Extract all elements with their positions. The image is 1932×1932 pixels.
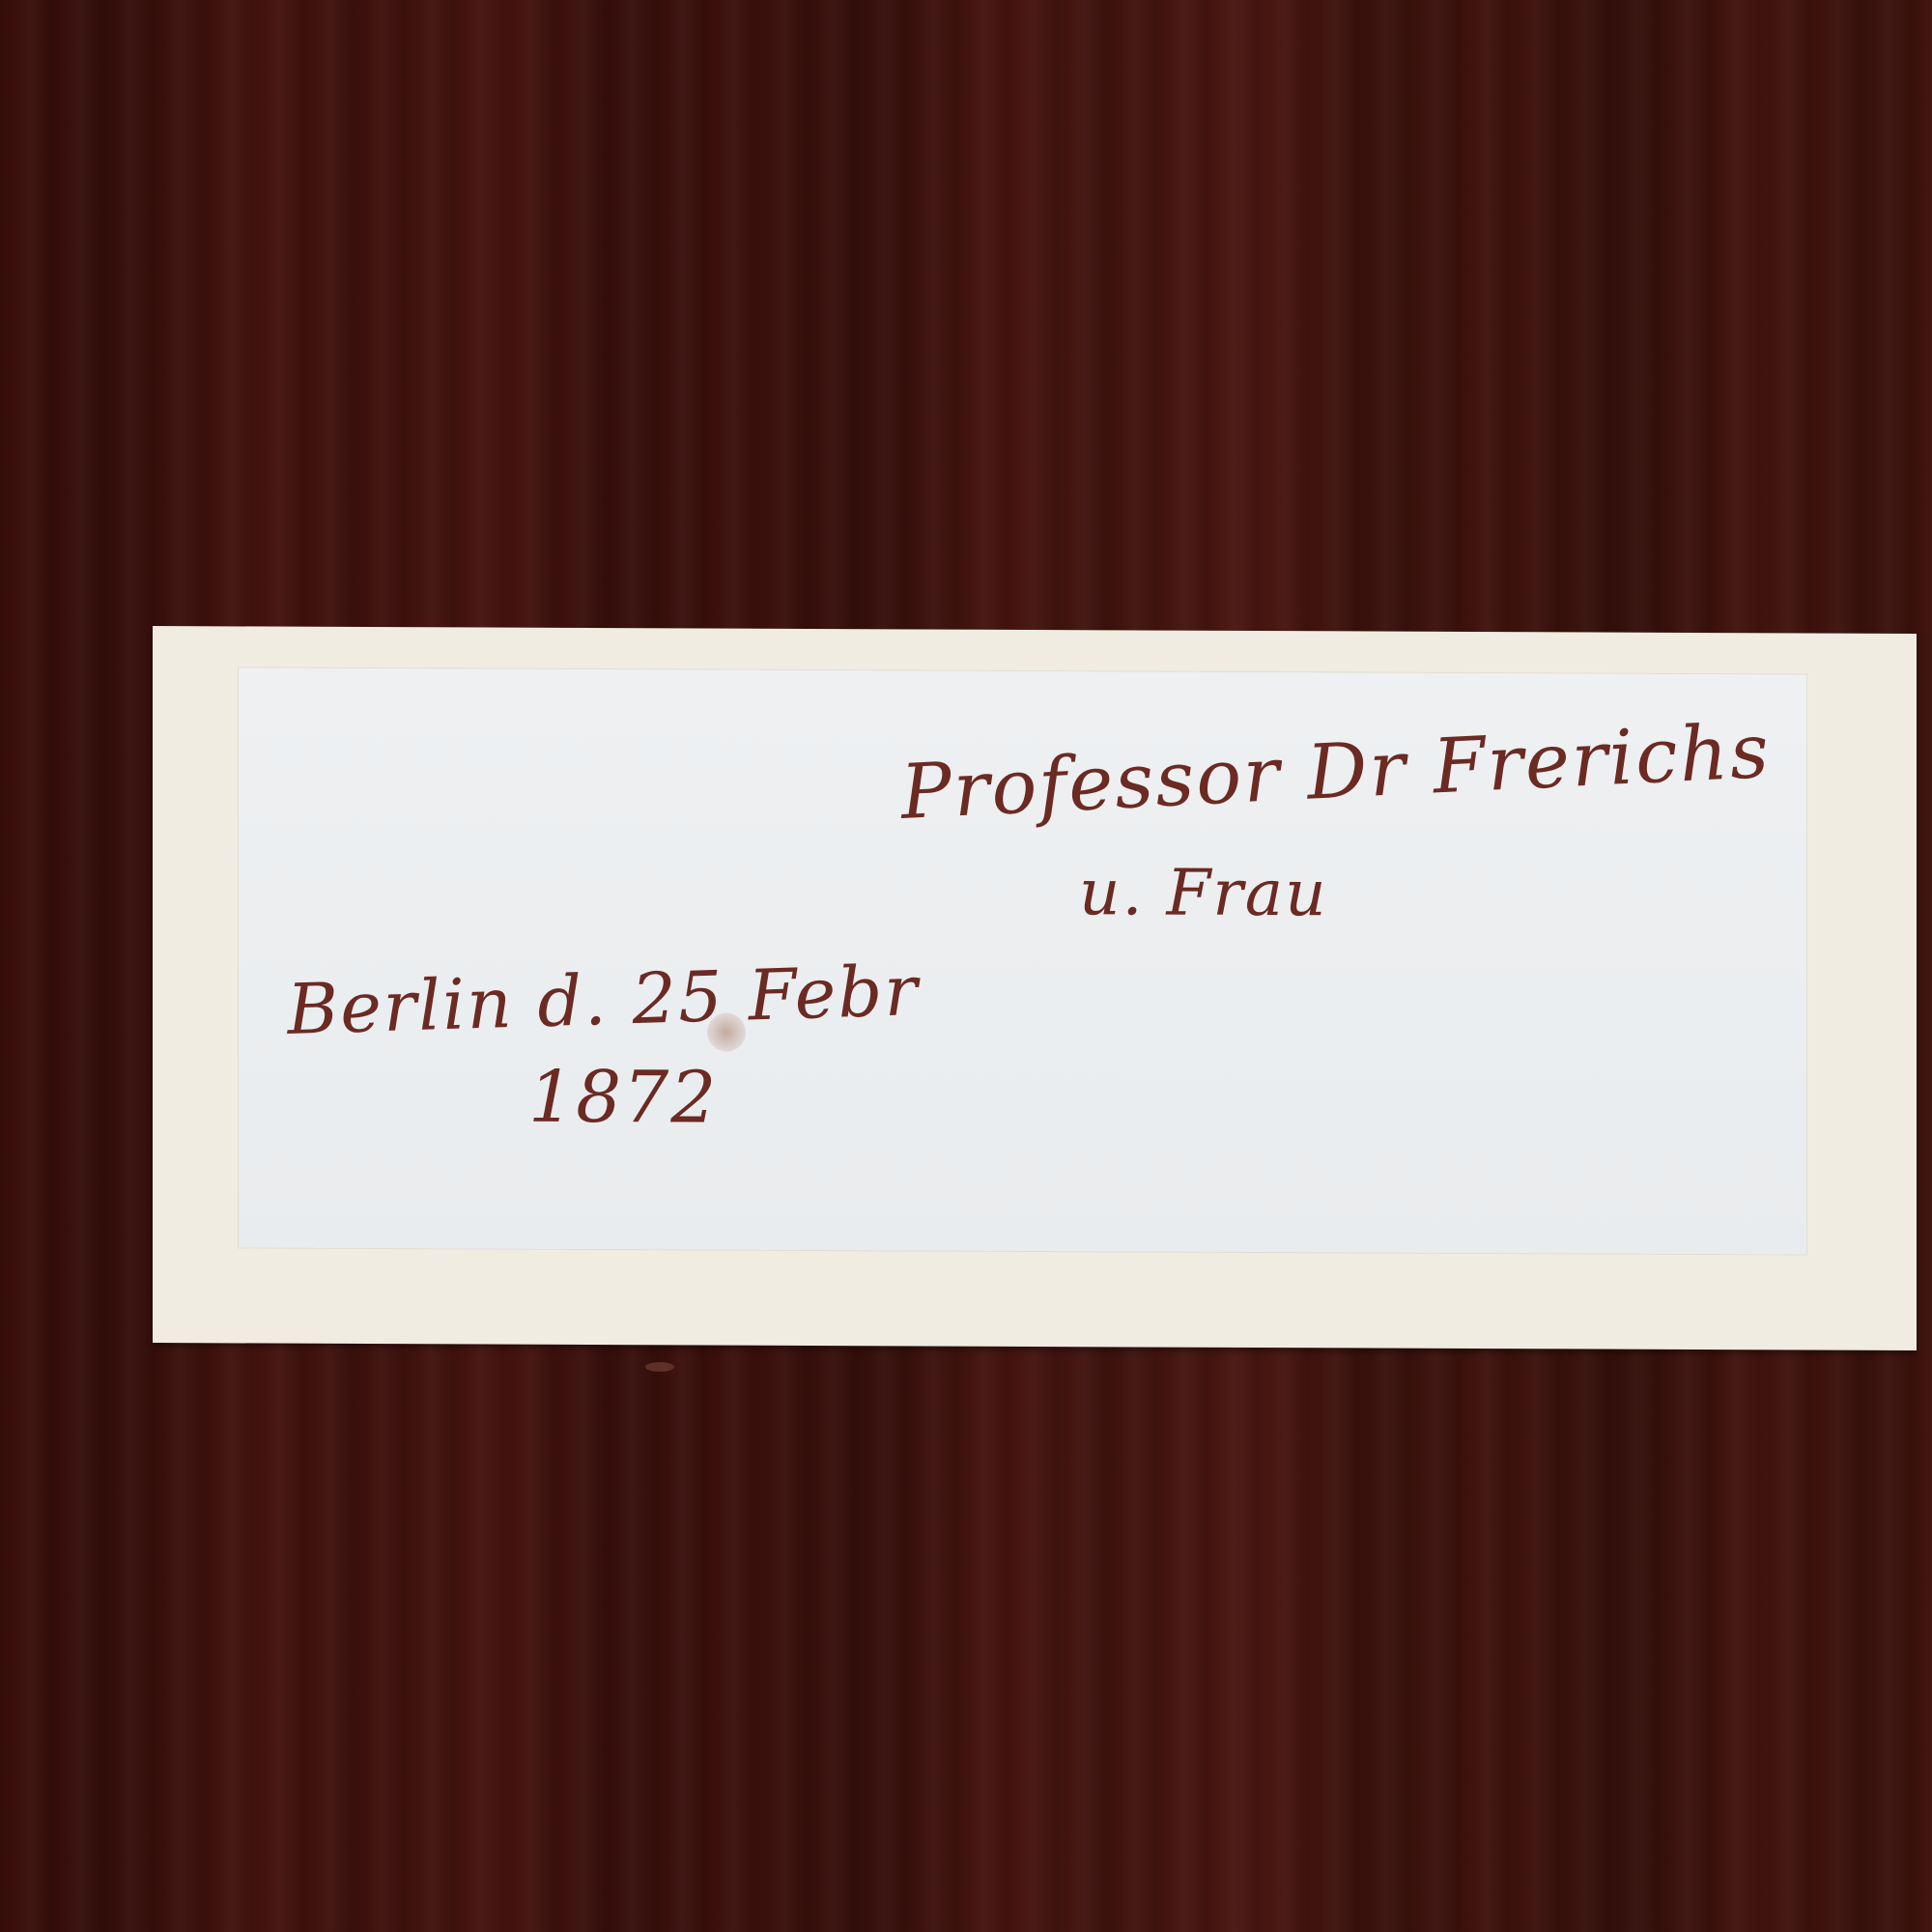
recipient-line-2: u. Frau [1079,855,1328,930]
year-line: 1872 [528,1056,718,1140]
wood-mark [645,1362,674,1372]
handwritten-paper: Professor Dr Frerichs u. Frau Berlin d. … [239,668,1806,1254]
recipient-line: Professor Dr Frerichs [898,708,1773,837]
card-mount: Professor Dr Frerichs u. Frau Berlin d. … [153,626,1917,1350]
place-date-line: Berlin d. 25 Febr [286,950,921,1050]
